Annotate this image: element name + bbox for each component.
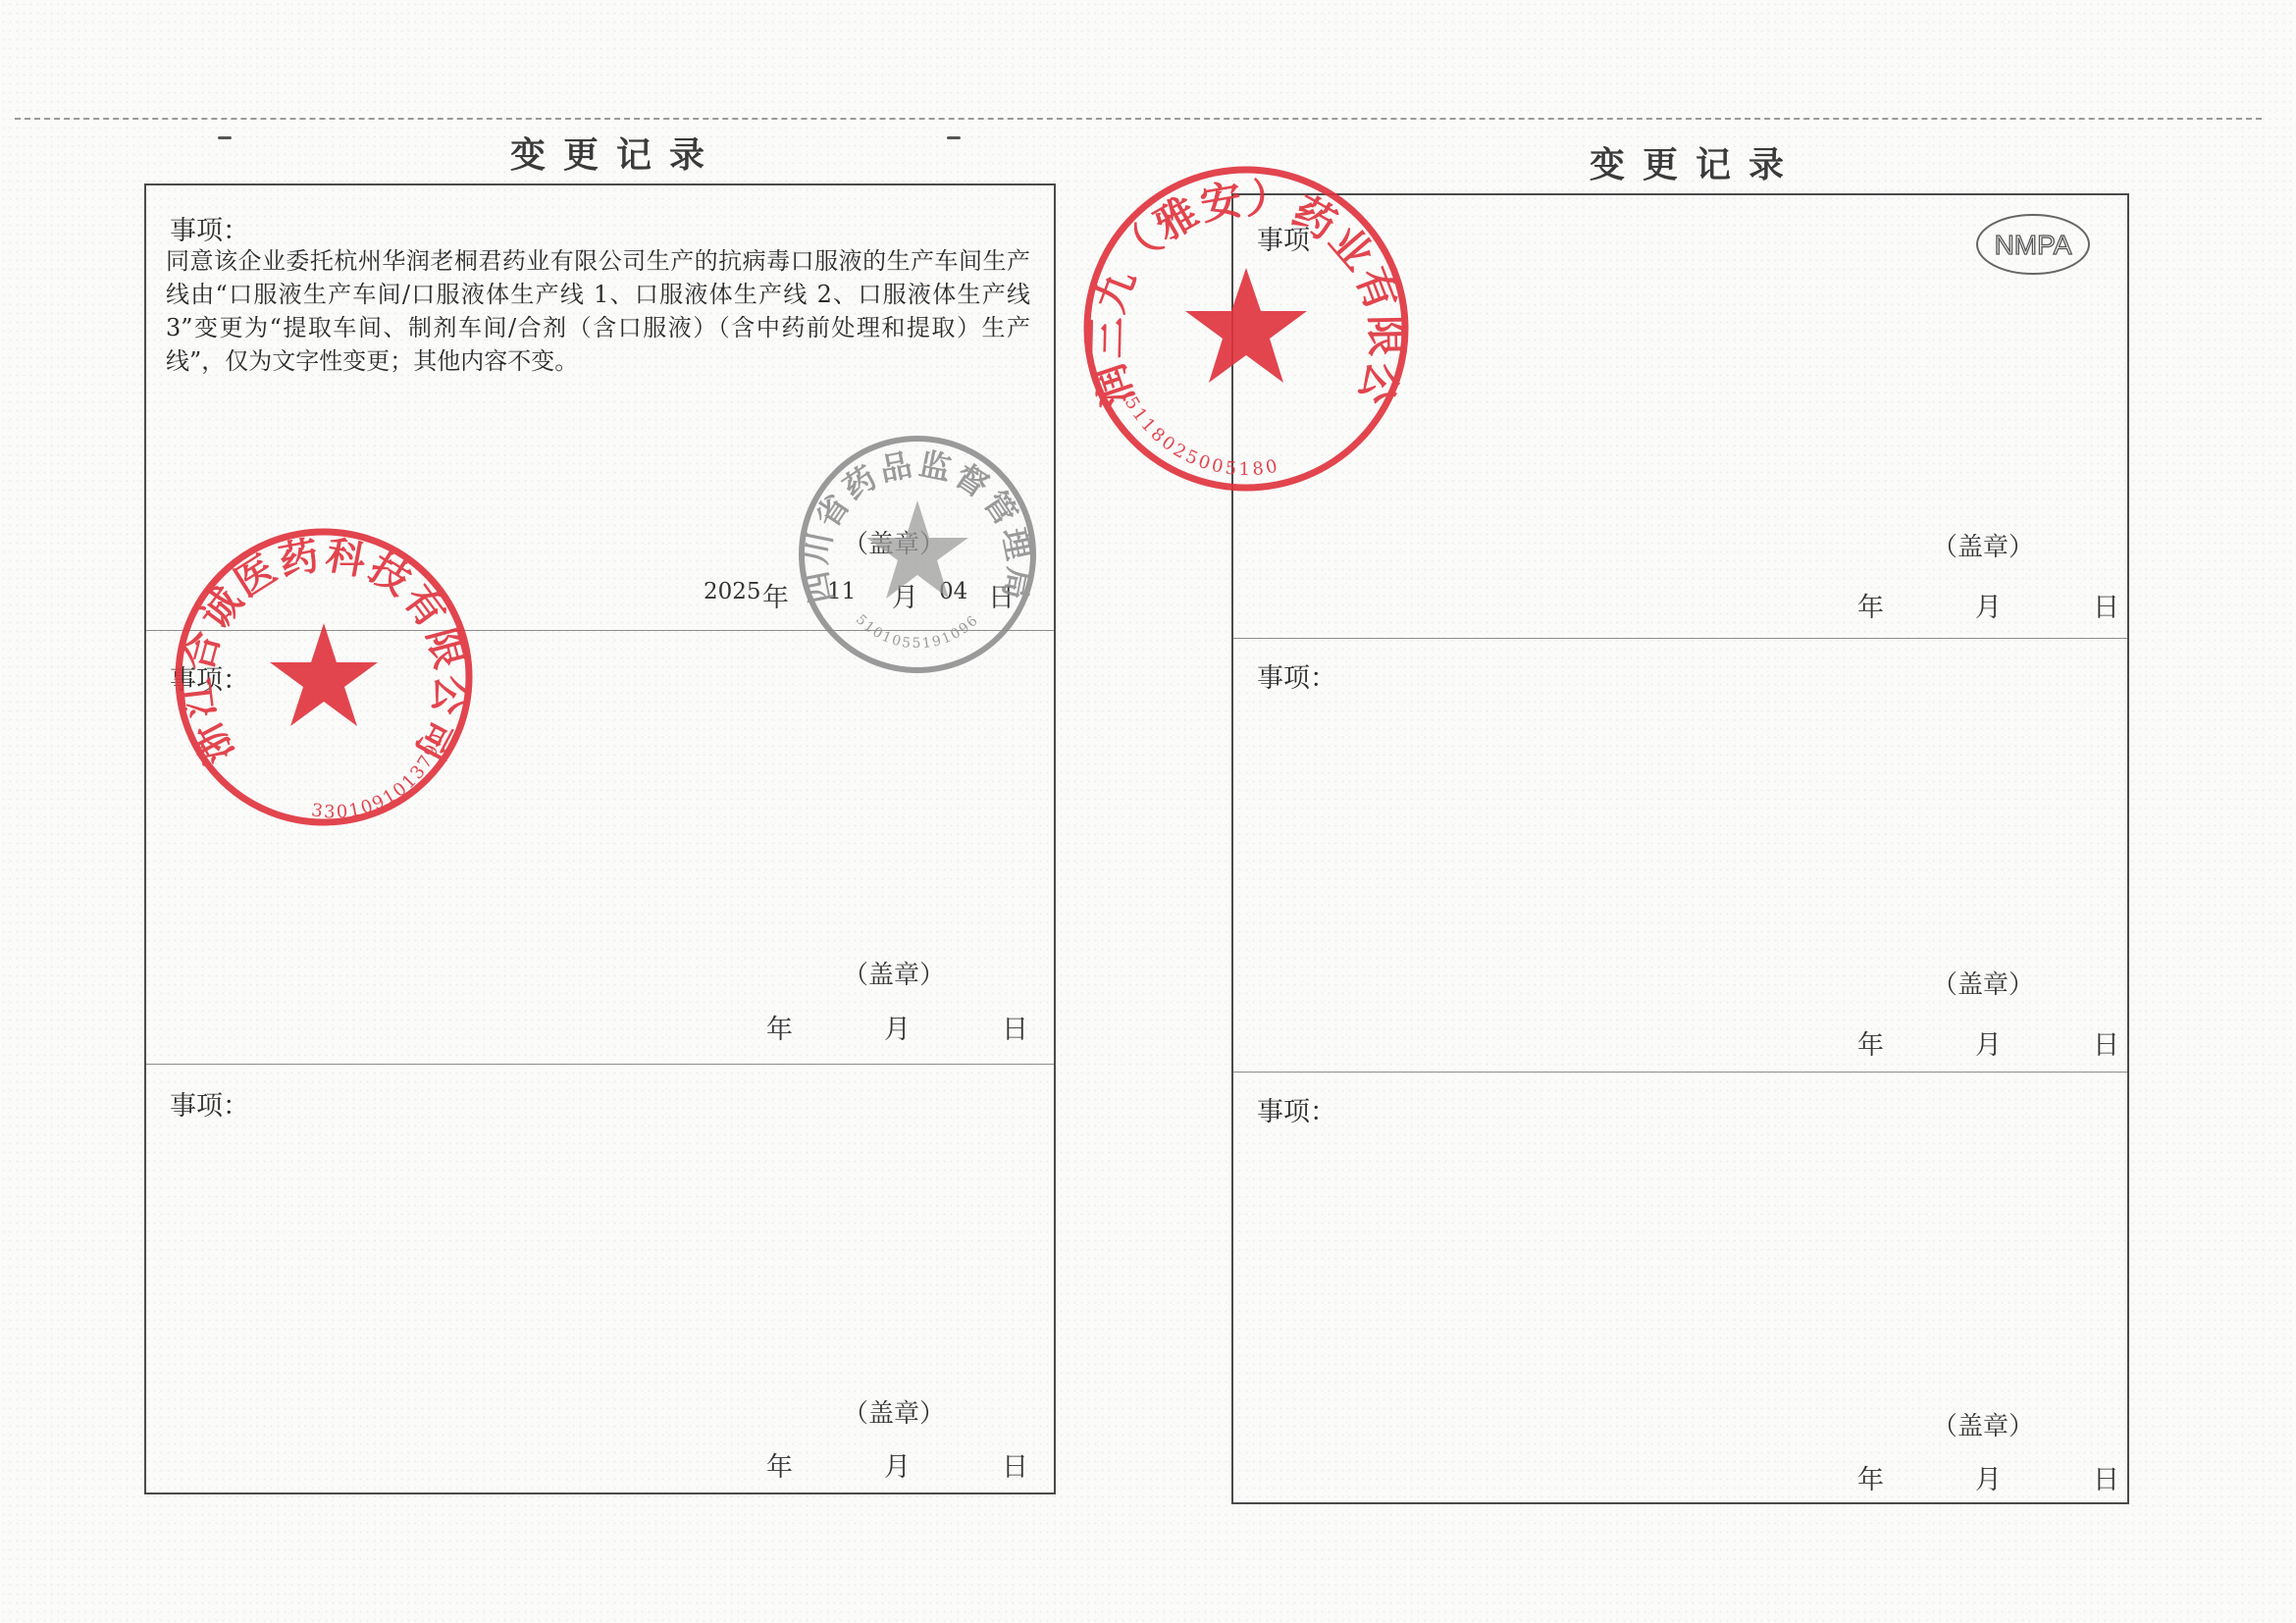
date-month-unit: 月: [884, 1008, 911, 1046]
date-year-unit: 年: [1857, 1023, 1884, 1062]
date-month-unit: 月: [1975, 1023, 2002, 1062]
date-month-unit: 月: [1975, 586, 2002, 624]
date-year-unit: 年: [762, 576, 789, 614]
date-month-unit: 月: [892, 576, 918, 614]
date-year-unit: 年: [1857, 586, 1884, 624]
seal-label: （盖章）: [1932, 527, 2034, 563]
date-month: 11: [827, 579, 856, 604]
date-day-unit: 日: [988, 576, 1015, 614]
left-page-title: 变更记录: [510, 128, 722, 178]
approval-date: 年 月 日: [766, 1008, 1041, 1043]
change-record-section: 事项： （盖章） 年 月 日: [146, 630, 1054, 1064]
right-page-title: 变更记录: [1590, 137, 1801, 187]
date-day-unit: 日: [2093, 1023, 2119, 1062]
item-label: 事项：: [170, 209, 249, 247]
approval-date: 年 月 日: [1857, 1023, 2132, 1059]
change-record-section: 事项： 同意该企业委托杭州华润老桐君药业有限公司生产的抗病毒口服液的生产车间生产…: [146, 185, 1054, 630]
date-year-unit: 年: [766, 1008, 793, 1046]
right-change-record-box: 事项 （盖章） 年 月 日 事项： （盖章） 年 月 日 事项： （盖章） 年 …: [1231, 193, 2129, 1504]
change-record-section: 事项： （盖章） 年 月 日: [146, 1064, 1054, 1496]
date-day-unit: 日: [2093, 586, 2119, 624]
date-year-unit: 年: [1857, 1458, 1884, 1496]
date-month-unit: 月: [1975, 1458, 2002, 1496]
item-body: 同意该企业委托杭州华润老桐君药业有限公司生产的抗病毒口服液的生产车间生产线由“口…: [166, 244, 1030, 378]
approval-date: 2025 年 11 月 04 日: [704, 576, 1037, 611]
change-record-section: 事项： （盖章） 年 月 日: [1233, 1072, 2127, 1506]
item-label: 事项：: [1257, 1090, 1336, 1128]
nmpa-logo: NMPA: [1974, 212, 2092, 277]
date-year-unit: 年: [766, 1445, 793, 1484]
item-label: 事项：: [170, 1084, 249, 1123]
approval-date: 年 月 日: [1857, 586, 2132, 621]
seal-label: （盖章）: [1932, 1406, 2034, 1442]
approval-date: 年 月 日: [766, 1445, 1041, 1481]
date-day: 04: [939, 579, 967, 604]
item-label: 事项：: [1257, 656, 1336, 695]
date-year: 2025: [704, 579, 761, 604]
seal-label: （盖章）: [1932, 965, 2034, 1001]
seal-label: （盖章）: [843, 955, 945, 991]
change-record-section: 事项： （盖章） 年 月 日: [1233, 638, 2127, 1072]
date-day-unit: 日: [1002, 1445, 1028, 1484]
svg-text:NMPA: NMPA: [1995, 230, 2072, 260]
date-day-unit: 日: [1002, 1008, 1028, 1046]
left-change-record-box: 事项： 同意该企业委托杭州华润老桐君药业有限公司生产的抗病毒口服液的生产车间生产…: [144, 183, 1056, 1494]
item-label: 事项：: [170, 658, 249, 697]
page-fold-line: [15, 118, 2262, 120]
date-month-unit: 月: [884, 1445, 911, 1484]
date-day-unit: 日: [2093, 1458, 2119, 1496]
approval-date: 年 月 日: [1857, 1458, 2132, 1493]
registration-mark: [947, 136, 961, 139]
seal-label: （盖章）: [843, 1393, 945, 1430]
seal-label: （盖章）: [843, 524, 945, 560]
item-label: 事项: [1257, 219, 1310, 257]
registration-mark: [218, 136, 232, 139]
